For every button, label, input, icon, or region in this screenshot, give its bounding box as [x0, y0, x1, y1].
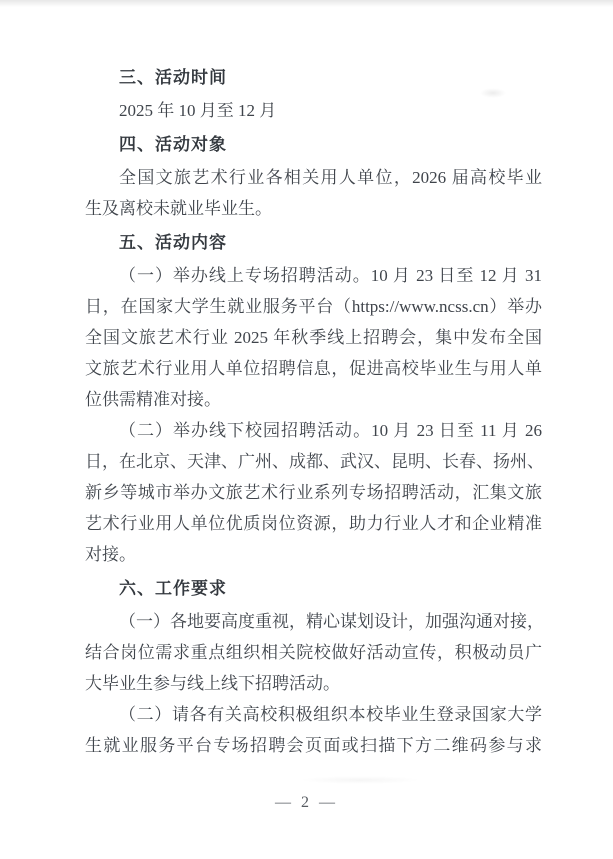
text-line: 2025 年 10 月至 12 月 — [85, 95, 542, 126]
text-line: 位供需精准对接。 — [85, 384, 542, 415]
section-heading: 四、活动对象 — [85, 129, 542, 160]
section-heading: 三、活动时间 — [85, 62, 542, 93]
paragraph: 全国文旅艺术行业各相关用人单位，2026 届高校毕业生及离校未就业毕业生。 — [85, 162, 542, 224]
text-line: 全国文旅艺术行业 2025 年秋季线上招聘会，集中发布全国 — [85, 322, 542, 353]
section-heading: 五、活动内容 — [85, 227, 542, 258]
paragraph: （一）举办线上专场招聘活动。10 月 23 日至 12 月 31日，在国家大学生… — [85, 260, 542, 415]
scan-artifact-smudge — [300, 776, 420, 784]
text-line: 全国文旅艺术行业各相关用人单位，2026 届高校毕业 — [85, 162, 542, 193]
text-line: 结合岗位需求重点组织相关院校做好活动宣传，积极动员广 — [85, 637, 542, 668]
paragraph: （二）请各有关高校积极组织本校毕业生登录国家大学生就业服务平台专场招聘会页面或扫… — [85, 699, 542, 761]
paragraph: （一）各地要高度重视，精心谋划设计，加强沟通对接，结合岗位需求重点组织相关院校做… — [85, 606, 542, 699]
text-line: 大毕业生参与线上线下招聘活动。 — [85, 668, 542, 699]
text-line: 日，在北京、天津、广州、成都、武汉、昆明、长春、扬州、 — [85, 446, 542, 477]
section-heading: 六、工作要求 — [85, 573, 542, 604]
text-line: 对接。 — [85, 539, 542, 570]
text-line: （二）举办线下校园招聘活动。10 月 23 日至 11 月 26 — [85, 415, 542, 446]
document-page: 三、活动时间2025 年 10 月至 12 月四、活动对象全国文旅艺术行业各相关… — [0, 0, 613, 859]
text-line: 日，在国家大学生就业服务平台（https://www.ncss.cn）举办 — [85, 291, 542, 322]
text-line: （二）请各有关高校积极组织本校毕业生登录国家大学 — [85, 699, 542, 730]
text-line: 生就业服务平台专场招聘会页面或扫描下方二维码参与求 — [85, 730, 542, 761]
text-line: （一）举办线上专场招聘活动。10 月 23 日至 12 月 31 — [85, 260, 542, 291]
text-line: 生及离校未就业毕业生。 — [85, 193, 542, 224]
text-line: 艺术行业用人单位优质岗位资源，助力行业人才和企业精准 — [85, 508, 542, 539]
paragraph: （二）举办线下校园招聘活动。10 月 23 日至 11 月 26日，在北京、天津… — [85, 415, 542, 570]
document-body: 三、活动时间2025 年 10 月至 12 月四、活动对象全国文旅艺术行业各相关… — [85, 59, 542, 761]
text-line: 新乡等城市举办文旅艺术行业系列专场招聘活动，汇集文旅 — [85, 477, 542, 508]
page-number: — 2 — — [0, 794, 613, 812]
scan-artifact-top-edge — [0, 0, 613, 7]
text-line: （一）各地要高度重视，精心谋划设计，加强沟通对接， — [85, 606, 542, 637]
paragraph: 2025 年 10 月至 12 月 — [85, 95, 542, 126]
text-line: 文旅艺术行业用人单位招聘信息，促进高校毕业生与用人单 — [85, 353, 542, 384]
